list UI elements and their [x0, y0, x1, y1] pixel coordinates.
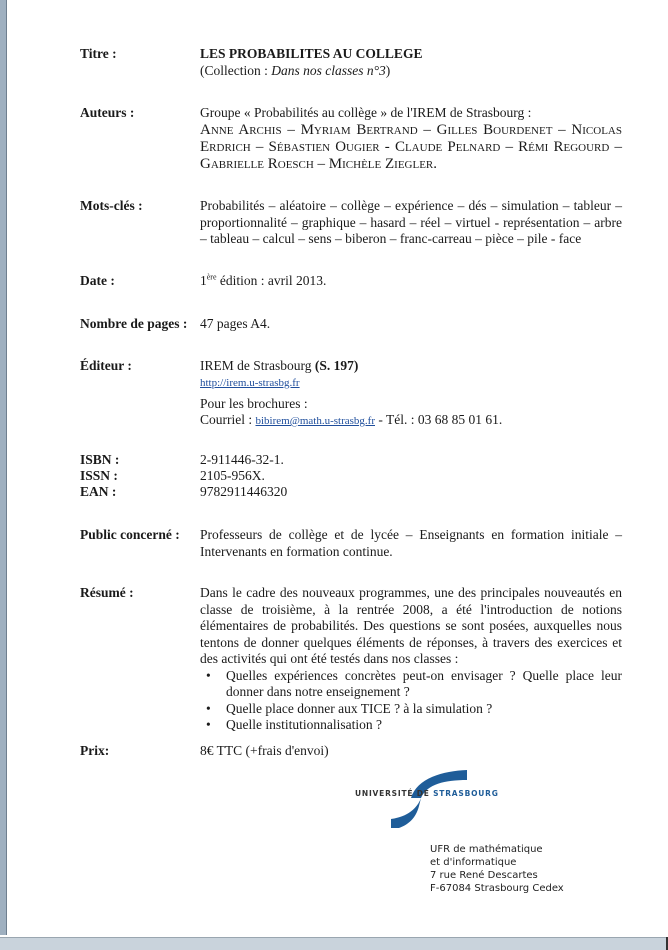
resume-question: Quelle place donner aux TICE ? à la simu…	[226, 701, 622, 718]
keywords-line-1: Probabilités – aléatoire – collège – exp…	[200, 198, 622, 215]
resume-questions: Quelles expériences concrètes peut-on en…	[200, 668, 622, 734]
email-link[interactable]: bibirem@math.u-strasbg.fr	[256, 415, 376, 427]
editeur-label: Éditeur :	[80, 358, 132, 374]
date-value: 1ère édition : avril 2013.	[200, 273, 622, 290]
issn-label: ISSN :	[80, 468, 119, 484]
resume-label: Résumé :	[80, 585, 134, 601]
brochures-label: Pour les brochures :	[200, 396, 622, 413]
scan-border-left	[0, 0, 7, 935]
authors-line-1: Anne Archis – Myriam Bertrand – Gilles B…	[200, 122, 622, 139]
scan-border-bottom	[0, 937, 668, 950]
public-label: Public concerné :	[80, 527, 180, 543]
titre-label: Titre :	[80, 46, 117, 62]
contact-line: Courriel : bibirem@math.u-strasbg.fr - T…	[200, 412, 622, 430]
authors-line-2: Erdrich – Sébastien Ougier - Claude Peln…	[200, 139, 622, 156]
public-line-1: Professeurs de collège et de lycée – Ens…	[200, 527, 622, 544]
logo-s-mark-icon	[355, 768, 555, 828]
publisher-code: (S. 197)	[315, 358, 359, 373]
collection-name: Dans nos classes n°3	[271, 63, 386, 78]
ean-value: 9782911446320	[200, 484, 622, 500]
document-title: LES PROBABILITES AU COLLEGE	[200, 46, 622, 63]
resume-question: Quelles expériences concrètes peut-on en…	[226, 668, 622, 701]
keywords-line-2: proportionnalité – graphique – hasard – …	[200, 215, 622, 232]
universite-strasbourg-logo: UNIVERSITÉ DE STRASBOURG	[355, 768, 555, 828]
authors-group: Groupe « Probabilités au collège » de l'…	[200, 105, 622, 122]
collection-line: (Collection : Dans nos classes n°3)	[200, 63, 622, 80]
pages-label: Nombre de pages :	[80, 316, 187, 332]
auteurs-label: Auteurs :	[80, 105, 134, 121]
publisher-url-link[interactable]: http://irem.u-strasbg.fr	[200, 377, 300, 389]
isbn-value: 2-911446-32-1.	[200, 452, 622, 468]
authors-line-3: Gabrielle Roesch – Michèle Ziegler.	[200, 156, 622, 173]
keywords-line-3: – tableau – calcul – sens – biberon – fr…	[200, 231, 622, 248]
issn-value: 2105-956X.	[200, 468, 622, 484]
ean-label: EAN :	[80, 484, 119, 500]
isbn-label: ISBN :	[80, 452, 119, 468]
prix-value: 8€ TTC (+frais d'envoi)	[200, 743, 622, 760]
mots-cles-label: Mots-clés :	[80, 198, 143, 214]
date-label: Date :	[80, 273, 115, 289]
resume-paragraph: Dans le cadre des nouveaux programmes, u…	[200, 585, 622, 668]
publisher-name: IREM de Strasbourg (S. 197)	[200, 358, 622, 375]
resume-question: Quelle institutionnalisation ?	[226, 717, 622, 734]
prix-label: Prix:	[80, 743, 109, 759]
pages-value: 47 pages A4.	[200, 316, 622, 333]
public-line-2: Intervenants en formation continue.	[200, 544, 622, 561]
logo-text: UNIVERSITÉ DE STRASBOURG	[355, 789, 499, 798]
ufr-address: UFR de mathématique et d'informatique 7 …	[430, 843, 564, 895]
